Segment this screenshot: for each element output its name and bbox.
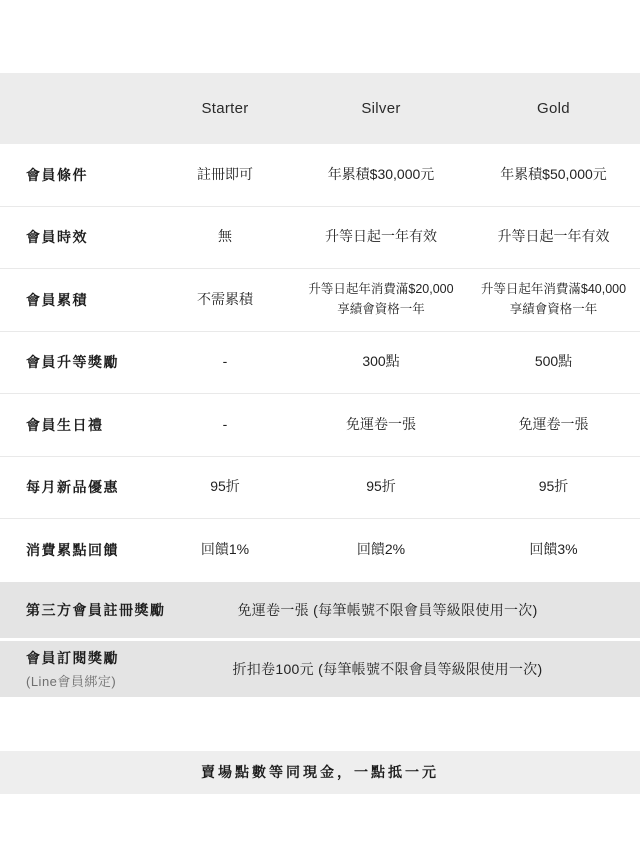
row-label: 會員訂閱獎勵 bbox=[26, 648, 155, 668]
cell-starter: 95折 bbox=[155, 477, 295, 497]
row-label: 會員累積 bbox=[0, 290, 155, 310]
cell-starter: - bbox=[155, 415, 295, 435]
membership-table: Starter Silver Gold 會員條件 註冊即可 年累積$30,000… bbox=[0, 73, 640, 697]
row-label: 會員升等獎勵 bbox=[0, 352, 155, 372]
cell-silver: 95折 bbox=[295, 477, 467, 497]
tier-header-gold: Gold bbox=[467, 100, 640, 117]
cell-starter: 不需累積 bbox=[155, 290, 295, 310]
reward-label-wrap: 第三方會員註冊獎勵 bbox=[0, 600, 155, 620]
cell-silver: 300點 bbox=[295, 352, 467, 372]
top-whitespace bbox=[0, 0, 640, 73]
reward-row-member-subscription: 會員訂閱獎勵 (Line會員綁定) 折扣卷100元 (每筆帳號不限會員等級限使用… bbox=[0, 641, 640, 697]
cell-gold: 年累積$50,000元 bbox=[467, 165, 640, 185]
cell-gold: 升等日起年消費滿$40,000 享績會資格一年 bbox=[467, 280, 640, 319]
row-sublabel: (Line會員綁定) bbox=[26, 671, 155, 690]
tier-header-starter: Starter bbox=[155, 100, 295, 117]
cell-gold: 升等日起一年有效 bbox=[467, 227, 640, 247]
row-label: 會員生日禮 bbox=[0, 415, 155, 435]
cell-silver: 免運卷一張 bbox=[295, 415, 467, 435]
mid-whitespace bbox=[0, 697, 640, 751]
cell-gold: 回饋3% bbox=[467, 540, 640, 560]
cell-gold: 500點 bbox=[467, 352, 640, 372]
table-row-upgrade-reward: 會員升等獎勵 - 300點 500點 bbox=[0, 332, 640, 395]
row-label: 會員條件 bbox=[0, 165, 155, 185]
table-row-membership-accumulation: 會員累積 不需累積 升等日起年消費滿$20,000 享績會資格一年 升等日起年消… bbox=[0, 269, 640, 332]
reward-value: 折扣卷100元 (每筆帳號不限會員等級限使用一次) bbox=[155, 659, 640, 679]
row-label: 每月新品優惠 bbox=[0, 477, 155, 497]
footer-note: 賣場點數等同現金，一點抵一元 bbox=[201, 762, 439, 782]
cell-starter: 回饋1% bbox=[155, 540, 295, 560]
membership-benefits-page: Starter Silver Gold 會員條件 註冊即可 年累積$30,000… bbox=[0, 0, 640, 853]
tier-header-row: Starter Silver Gold bbox=[0, 73, 640, 144]
cell-silver: 升等日起一年有效 bbox=[295, 227, 467, 247]
row-label: 第三方會員註冊獎勵 bbox=[26, 600, 155, 620]
reward-label-wrap: 會員訂閱獎勵 (Line會員綁定) bbox=[0, 648, 155, 690]
reward-value: 免運卷一張 (每筆帳號不限會員等級限使用一次) bbox=[155, 600, 640, 620]
cell-silver: 年累積$30,000元 bbox=[295, 165, 467, 185]
row-label: 消費累點回饋 bbox=[0, 540, 155, 560]
cell-gold: 免運卷一張 bbox=[467, 415, 640, 435]
table-row-monthly-new-item-discount: 每月新品優惠 95折 95折 95折 bbox=[0, 457, 640, 520]
table-row-birthday-gift: 會員生日禮 - 免運卷一張 免運卷一張 bbox=[0, 394, 640, 457]
cell-silver: 回饋2% bbox=[295, 540, 467, 560]
table-row-membership-condition: 會員條件 註冊即可 年累積$30,000元 年累積$50,000元 bbox=[0, 144, 640, 207]
cell-starter: 註冊即可 bbox=[155, 165, 295, 185]
cell-starter: 無 bbox=[155, 227, 295, 247]
row-label: 會員時效 bbox=[0, 227, 155, 247]
footer-note-bar: 賣場點數等同現金，一點抵一元 bbox=[0, 751, 640, 794]
cell-gold: 95折 bbox=[467, 477, 640, 497]
tier-header-silver: Silver bbox=[295, 100, 467, 117]
cell-starter: - bbox=[155, 352, 295, 372]
table-row-points-rebate: 消費累點回饋 回饋1% 回饋2% 回饋3% bbox=[0, 519, 640, 582]
cell-silver: 升等日起年消費滿$20,000 享績會資格一年 bbox=[295, 280, 467, 319]
table-row-membership-validity: 會員時效 無 升等日起一年有效 升等日起一年有效 bbox=[0, 207, 640, 270]
reward-row-third-party-signup: 第三方會員註冊獎勵 免運卷一張 (每筆帳號不限會員等級限使用一次) bbox=[0, 582, 640, 638]
